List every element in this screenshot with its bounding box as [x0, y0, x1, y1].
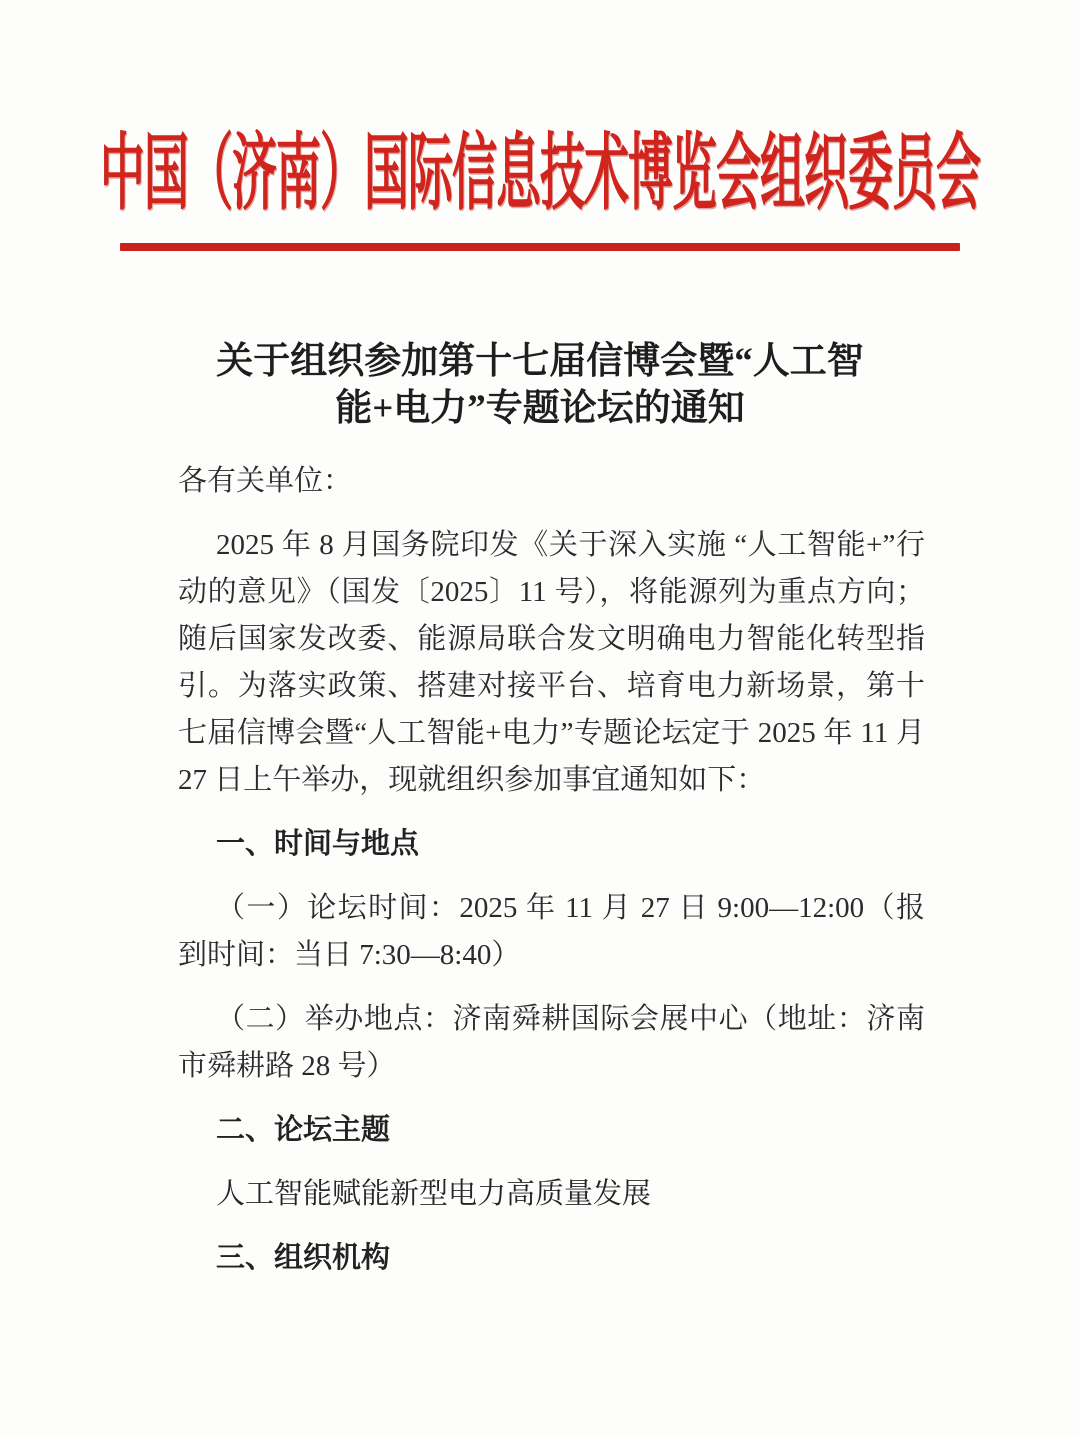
document-body: 各有关单位： 2025 年 8 月国务院印发《关于深入实施 “人工智能+”行动的… [0, 458, 1080, 1282]
document-title-line-2: 能+电力”专题论坛的通知 [0, 385, 1080, 432]
section-1-item-1: （一）论坛时间：2025 年 11 月 27 日 9:00—12:00（报到时间… [178, 885, 925, 979]
letterhead-org-name: 中国（济南）国际信息技术博览会组织委员会 [0, 133, 1080, 216]
section-2-content: 人工智能赋能新型电力高质量发展 [178, 1171, 925, 1218]
section-3-heading: 三、组织机构 [178, 1235, 925, 1282]
intro-paragraph: 2025 年 8 月国务院印发《关于深入实施 “人工智能+”行动的意见》（国发〔… [178, 522, 925, 804]
section-1-item-2: （二）举办地点：济南舜耕国际会展中心（地址：济南市舜耕路 28 号） [178, 996, 925, 1090]
document-page: 中国（济南）国际信息技术博览会组织委员会 关于组织参加第十七届信博会暨“人工智 … [0, 0, 1080, 1438]
section-1-heading: 一、时间与地点 [178, 821, 925, 868]
document-title: 关于组织参加第十七届信博会暨“人工智 能+电力”专题论坛的通知 [0, 338, 1080, 432]
document-title-line-1: 关于组织参加第十七届信博会暨“人工智 [0, 338, 1080, 385]
letterhead-divider [120, 243, 960, 251]
section-2-heading: 二、论坛主题 [178, 1107, 925, 1154]
salutation: 各有关单位： [178, 458, 925, 505]
